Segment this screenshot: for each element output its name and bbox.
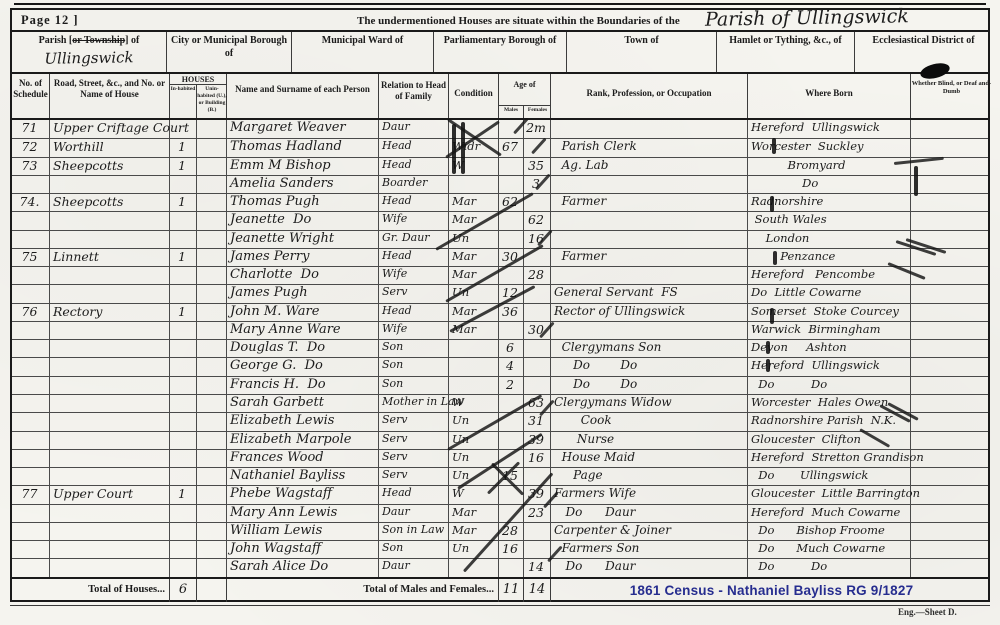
table-row: 77Upper Court1Phebe WagstaffHeadW39Farme…	[12, 485, 988, 503]
cell-occupation: Nurse	[551, 432, 748, 449]
cell-age-female	[524, 304, 551, 321]
cell-relation: Serv	[379, 468, 449, 485]
cell-inhabited: 1	[170, 249, 197, 266]
col-inhabited: In-habited	[170, 85, 197, 118]
pen-mark	[914, 166, 918, 196]
cell-born: Hereford Ullingswick	[748, 120, 911, 138]
cell-road	[50, 395, 170, 412]
cell-relation: Serv	[379, 432, 449, 449]
cell-name: James Perry	[227, 249, 379, 266]
cell-schedule: 75	[12, 249, 50, 266]
total-males-value: 11	[499, 579, 524, 602]
cell-road	[50, 559, 170, 576]
cell-road	[50, 267, 170, 284]
cell-road	[50, 340, 170, 357]
cell-relation: Son in Law	[379, 523, 449, 540]
cell-name: Mary Anne Ware	[227, 322, 379, 339]
cell-schedule	[12, 505, 50, 522]
cell-relation: Son	[379, 377, 449, 394]
cell-blind	[911, 432, 992, 449]
cell-uninhabited	[197, 176, 227, 193]
cell-road: Rectory	[50, 304, 170, 321]
cell-uninhabited	[197, 395, 227, 412]
col-males: Males	[499, 106, 524, 118]
cell-occupation: Parish Clerk	[551, 139, 748, 156]
town-cell: Town of	[567, 32, 717, 72]
cell-occupation: Carpenter & Joiner	[551, 523, 748, 540]
cell-blind	[911, 340, 992, 357]
col-schedule: No. of Schedule	[12, 74, 50, 118]
cell-age-female	[524, 377, 551, 394]
total-houses-value: 6	[170, 579, 197, 602]
cell-schedule	[12, 432, 50, 449]
cell-occupation: Do Daur	[551, 559, 748, 576]
cell-inhabited	[170, 120, 197, 138]
cell-inhabited	[170, 267, 197, 284]
cell-condition: Mar	[449, 505, 499, 522]
cell-name: Sarah Garbett	[227, 395, 379, 412]
cell-relation: Wife	[379, 212, 449, 229]
cell-condition	[449, 340, 499, 357]
cell-name: Margaret Weaver	[227, 120, 379, 138]
cell-blind	[911, 212, 992, 229]
cell-age-female: 2m	[524, 120, 551, 138]
cell-blind	[911, 194, 992, 211]
cell-occupation: Farmers Wife	[551, 486, 748, 503]
cell-blind	[911, 322, 992, 339]
cell-relation: Serv	[379, 413, 449, 430]
table-row: 74.Sheepcotts1Thomas PughHeadMar62 Farme…	[12, 193, 988, 211]
hamlet-cell: Hamlet or Tything, &c., of	[717, 32, 855, 72]
cell-inhabited	[170, 231, 197, 248]
cell-road	[50, 541, 170, 558]
col-road: Road, Street, &c., and No. or Name of Ho…	[50, 74, 170, 118]
cell-uninhabited	[197, 413, 227, 430]
cell-schedule	[12, 523, 50, 540]
cell-born: Hereford Pencombe	[748, 267, 911, 284]
cell-inhabited	[170, 541, 197, 558]
cell-occupation: Cook	[551, 413, 748, 430]
cell-occupation: Do Do	[551, 377, 748, 394]
parish-label-struck: or Township	[72, 35, 125, 46]
cell-blind	[911, 450, 992, 467]
cell-schedule	[12, 413, 50, 430]
cell-uninhabited	[197, 267, 227, 284]
handwritten-parish-title: Parish of Ullingswick	[705, 5, 909, 31]
total-houses-label: Total of Houses...	[12, 579, 170, 602]
cell-relation: Head	[379, 249, 449, 266]
cell-name: Elizabeth Lewis	[227, 413, 379, 430]
cell-uninhabited	[197, 541, 227, 558]
cell-name: John M. Ware	[227, 304, 379, 321]
table-row: Jeanette WrightGr. DaurUn16 London	[12, 230, 988, 248]
cell-road: Sheepcotts	[50, 194, 170, 211]
cell-road	[50, 212, 170, 229]
cell-inhabited	[170, 559, 197, 576]
cell-name: Frances Wood	[227, 450, 379, 467]
cell-occupation: Ag. Lab	[551, 158, 748, 175]
cell-uninhabited	[197, 523, 227, 540]
table-row: Francis H. DoSon2 Do Do Do Do	[12, 376, 988, 394]
cell-occupation	[551, 120, 748, 138]
cell-condition: Un	[449, 541, 499, 558]
table-row: Sarah Alice DoDaur14 Do Daur Do Do	[12, 558, 988, 576]
cell-relation: Serv	[379, 450, 449, 467]
cell-schedule	[12, 231, 50, 248]
cell-name: John Wagstaff	[227, 541, 379, 558]
cell-relation: Wife	[379, 267, 449, 284]
cell-age-male	[499, 231, 524, 248]
table-row: 71Upper Criftage CourtMargaret WeaverDau…	[12, 120, 988, 138]
cell-born: Do Ullingswick	[748, 468, 911, 485]
cell-inhabited	[170, 377, 197, 394]
cell-name: Douglas T. Do	[227, 340, 379, 357]
col-age: Age of	[499, 74, 550, 105]
cell-name: Thomas Pugh	[227, 194, 379, 211]
cell-occupation	[551, 176, 748, 193]
cell-relation: Head	[379, 486, 449, 503]
cell-born: Hereford Stretton Grandison	[748, 450, 911, 467]
col-relation: Relation to Head of Family	[379, 74, 449, 118]
cell-road	[50, 432, 170, 449]
cell-uninhabited	[197, 304, 227, 321]
cell-road	[50, 322, 170, 339]
cell-road	[50, 176, 170, 193]
cell-relation: Serv	[379, 285, 449, 302]
cell-relation: Boarder	[379, 176, 449, 193]
cell-uninhabited	[197, 285, 227, 302]
cell-age-male: 36	[499, 304, 524, 321]
table-row: Mary Ann LewisDaurMar23 Do DaurHereford …	[12, 504, 988, 522]
col-age-group: Age of Males Females	[499, 74, 551, 118]
cell-schedule	[12, 541, 50, 558]
cell-occupation: Clergymans Widow	[551, 395, 748, 412]
cell-age-male: 2	[499, 377, 524, 394]
cell-occupation: Farmers Son	[551, 541, 748, 558]
cell-age-male: 67	[499, 139, 524, 156]
cell-age-female: 31	[524, 413, 551, 430]
cell-name: Emm M Bishop	[227, 158, 379, 175]
pen-mark	[770, 196, 774, 212]
cell-name: Francis H. Do	[227, 377, 379, 394]
table-row: Elizabeth MarpoleServUn39 NurseGlouceste…	[12, 431, 988, 449]
table-row: Elizabeth LewisServUn31 CookRadnorshire …	[12, 412, 988, 430]
form-title: The undermentioned Houses are situate wi…	[357, 15, 680, 27]
cell-relation: Head	[379, 304, 449, 321]
cell-inhabited	[170, 523, 197, 540]
cell-name: Elizabeth Marpole	[227, 432, 379, 449]
cell-inhabited	[170, 432, 197, 449]
census-annotation: 1861 Census - Nathaniel Bayliss RG 9/182…	[551, 579, 992, 602]
cell-condition: Mar	[449, 322, 499, 339]
cell-schedule	[12, 322, 50, 339]
cell-uninhabited	[197, 432, 227, 449]
cell-name: Sarah Alice Do	[227, 559, 379, 576]
total-females-value: 14	[524, 579, 551, 602]
cell-blind	[911, 285, 992, 302]
cell-uninhabited	[197, 139, 227, 156]
cell-occupation	[551, 212, 748, 229]
cell-inhabited: 1	[170, 194, 197, 211]
cell-occupation: Page	[551, 468, 748, 485]
cell-born: Devon Ashton	[748, 340, 911, 357]
cell-age-female: 16	[524, 450, 551, 467]
cell-age-male	[499, 176, 524, 193]
total-mf-label: Total of Males and Females...	[227, 579, 499, 602]
cell-road	[50, 413, 170, 430]
parish-value: Ullingswick	[12, 47, 166, 68]
ward-cell: Municipal Ward of	[292, 32, 434, 72]
cell-relation: Son	[379, 358, 449, 375]
cell-uninhabited	[197, 486, 227, 503]
cell-born: Do Little Cowarne	[748, 285, 911, 302]
cell-condition	[449, 176, 499, 193]
cell-occupation: Farmer	[551, 194, 748, 211]
cell-blind	[911, 377, 992, 394]
cell-schedule: 72	[12, 139, 50, 156]
cell-uninhabited	[197, 340, 227, 357]
cell-inhabited: 1	[170, 486, 197, 503]
parish-cell: Parish [or Township] of Ullingswick	[12, 32, 167, 72]
table-row: John WagstaffSonUn16 Farmers Son Do Much…	[12, 540, 988, 558]
col-rank: Rank, Profession, or Occupation	[551, 74, 748, 118]
cell-uninhabited	[197, 120, 227, 138]
cell-relation: Mother in Law	[379, 395, 449, 412]
cell-age-female	[524, 523, 551, 540]
cell-inhabited: 1	[170, 158, 197, 175]
cell-inhabited	[170, 413, 197, 430]
cell-blind	[911, 176, 992, 193]
cell-road	[50, 358, 170, 375]
bottom-rule	[10, 605, 990, 606]
cell-uninhabited	[197, 158, 227, 175]
cell-blind	[911, 413, 992, 430]
census-table-body: 71Upper Criftage CourtMargaret WeaverDau…	[12, 120, 988, 577]
cell-age-female: 14	[524, 559, 551, 576]
cell-road	[50, 285, 170, 302]
cell-uninhabited	[197, 194, 227, 211]
cell-blind	[911, 505, 992, 522]
cell-relation: Son	[379, 541, 449, 558]
col-condition: Condition	[449, 74, 499, 118]
cell-inhabited	[170, 322, 197, 339]
table-row: James PughServUn12General Servant FSDo L…	[12, 284, 988, 302]
table-row: Douglas T. DoSon6 Clergymans SonDevon As…	[12, 339, 988, 357]
sheet-note: Eng.—Sheet D.	[898, 607, 957, 617]
cell-road	[50, 468, 170, 485]
col-females: Females	[524, 106, 551, 118]
totals-row: Total of Houses... 6 Total of Males and …	[12, 577, 988, 602]
cell-occupation	[551, 322, 748, 339]
cell-inhabited	[170, 176, 197, 193]
cell-uninhabited	[197, 249, 227, 266]
table-row: Sarah GarbettMother in LawW63Clergymans …	[12, 394, 988, 412]
cell-born: Hereford Much Cowarne	[748, 505, 911, 522]
cell-age-male	[499, 559, 524, 576]
pen-mark	[766, 359, 770, 372]
cell-relation: Head	[379, 139, 449, 156]
pen-mark	[773, 251, 777, 265]
cell-relation: Daur	[379, 120, 449, 138]
cell-relation: Son	[379, 340, 449, 357]
cell-condition: W	[449, 395, 499, 412]
cell-born: London	[748, 231, 911, 248]
cell-uninhabited	[197, 322, 227, 339]
cell-schedule: 71	[12, 120, 50, 138]
cell-name: George G. Do	[227, 358, 379, 375]
cell-age-female: 62	[524, 212, 551, 229]
cell-inhabited	[170, 395, 197, 412]
cell-schedule	[12, 377, 50, 394]
cell-name: Phebe Wagstaff	[227, 486, 379, 503]
cell-inhabited	[170, 285, 197, 302]
cell-occupation: Do Do	[551, 358, 748, 375]
cell-schedule	[12, 340, 50, 357]
totals-spacer	[197, 579, 227, 602]
table-row: George G. DoSon4 Do DoHereford Ullingswi…	[12, 357, 988, 375]
cell-inhabited	[170, 340, 197, 357]
cell-relation: Daur	[379, 505, 449, 522]
cell-relation: Wife	[379, 322, 449, 339]
cell-road: Linnett	[50, 249, 170, 266]
cell-age-male: 4	[499, 358, 524, 375]
cell-road	[50, 450, 170, 467]
cell-schedule	[12, 468, 50, 485]
cell-born: Hereford Ullingswick	[748, 358, 911, 375]
cell-blind	[911, 120, 992, 138]
cell-age-female	[524, 541, 551, 558]
table-row: 75Linnett1James PerryHeadMar30 Farmer Pe…	[12, 248, 988, 266]
cell-blind	[911, 486, 992, 503]
cell-road: Worthill	[50, 139, 170, 156]
census-page-scan: Page 12 ] The undermentioned Houses are …	[0, 0, 1000, 625]
cell-road	[50, 377, 170, 394]
pen-mark	[770, 308, 774, 324]
col-houses: HOUSES	[170, 74, 226, 85]
cell-schedule	[12, 395, 50, 412]
district-header-row: Parish [or Township] of Ullingswick City…	[12, 32, 988, 74]
cell-schedule	[12, 285, 50, 302]
cell-schedule: 73	[12, 158, 50, 175]
cell-age-male: 6	[499, 340, 524, 357]
cell-occupation: House Maid	[551, 450, 748, 467]
cell-uninhabited	[197, 358, 227, 375]
cell-relation: Head	[379, 194, 449, 211]
cell-uninhabited	[197, 468, 227, 485]
cell-born: Do Bishop Froome	[748, 523, 911, 540]
cell-born: Do	[748, 176, 911, 193]
cell-occupation: Farmer	[551, 249, 748, 266]
cell-road	[50, 523, 170, 540]
cell-schedule	[12, 450, 50, 467]
cell-name: Charlotte Do	[227, 267, 379, 284]
table-row: Amelia SandersBoarder3 Do	[12, 175, 988, 193]
col-born: Where Born	[748, 74, 911, 118]
cell-schedule	[12, 358, 50, 375]
cell-blind	[911, 304, 992, 321]
cell-uninhabited	[197, 450, 227, 467]
cell-name: Nathaniel Bayliss	[227, 468, 379, 485]
cell-born: Do Do	[748, 559, 911, 576]
cell-inhabited	[170, 212, 197, 229]
cell-uninhabited	[197, 212, 227, 229]
parish-label-pre: Parish [	[39, 35, 73, 46]
cell-road: Sheepcotts	[50, 158, 170, 175]
cell-uninhabited	[197, 231, 227, 248]
cell-road	[50, 231, 170, 248]
pen-mark	[766, 341, 770, 354]
cell-occupation	[551, 267, 748, 284]
cell-name: Jeanette Do	[227, 212, 379, 229]
table-row: 73Sheepcotts1Emm M BishopHeadW35 Ag. Lab…	[12, 157, 988, 175]
cell-inhabited	[170, 358, 197, 375]
cell-blind	[911, 541, 992, 558]
cell-age-male	[499, 322, 524, 339]
cell-occupation: Clergymans Son	[551, 340, 748, 357]
cell-road	[50, 505, 170, 522]
table-row: Mary Anne WareWifeMar30Warwick Birmingha…	[12, 321, 988, 339]
cell-condition: Mar	[449, 249, 499, 266]
cell-age-female: 35	[524, 158, 551, 175]
cell-inhabited: 1	[170, 139, 197, 156]
cell-blind	[911, 139, 992, 156]
col-uninhabited: Unin-habited (U.), or Building (B.)	[197, 85, 227, 118]
cell-condition: Mar	[449, 194, 499, 211]
cell-blind	[911, 358, 992, 375]
page-number: Page 12 ]	[21, 13, 79, 28]
cell-occupation: Do Daur	[551, 505, 748, 522]
cell-born: Gloucester Little Barrington	[748, 486, 911, 503]
cell-condition	[449, 358, 499, 375]
cell-inhabited: 1	[170, 304, 197, 321]
cell-inhabited	[170, 450, 197, 467]
cell-born: Do Do	[748, 377, 911, 394]
cell-inhabited	[170, 468, 197, 485]
col-name: Name and Surname of each Person	[227, 74, 379, 118]
cell-born: Bromyard	[748, 158, 911, 175]
cell-uninhabited	[197, 505, 227, 522]
cell-blind	[911, 523, 992, 540]
cell-inhabited	[170, 505, 197, 522]
cell-born: Warwick Birmingham	[748, 322, 911, 339]
ecclesiastical-cell: Ecclesiastical District of	[855, 32, 992, 72]
cell-born: South Wales	[748, 212, 911, 229]
top-rule	[14, 3, 986, 5]
cell-occupation	[551, 231, 748, 248]
cell-name: Jeanette Wright	[227, 231, 379, 248]
cell-road: Upper Court	[50, 486, 170, 503]
cell-schedule	[12, 176, 50, 193]
cell-age-female	[524, 340, 551, 357]
cell-name: Amelia Sanders	[227, 176, 379, 193]
cell-born: Do Much Cowarne	[748, 541, 911, 558]
cell-condition	[449, 377, 499, 394]
cell-occupation: General Servant FS	[551, 285, 748, 302]
cell-schedule: 77	[12, 486, 50, 503]
cell-schedule: 76	[12, 304, 50, 321]
cell-relation: Daur	[379, 559, 449, 576]
cell-name: Thomas Hadland	[227, 139, 379, 156]
cell-age-female: 28	[524, 267, 551, 284]
borough-cell: City or Municipal Borough of	[167, 32, 292, 72]
cell-age-male	[499, 212, 524, 229]
parliamentary-cell: Parliamentary Borough of	[434, 32, 567, 72]
title-band: Page 12 ] The undermentioned Houses are …	[12, 10, 988, 32]
cell-name: William Lewis	[227, 523, 379, 540]
cell-age-male	[499, 158, 524, 175]
cell-name: James Pugh	[227, 285, 379, 302]
cell-blind	[911, 468, 992, 485]
